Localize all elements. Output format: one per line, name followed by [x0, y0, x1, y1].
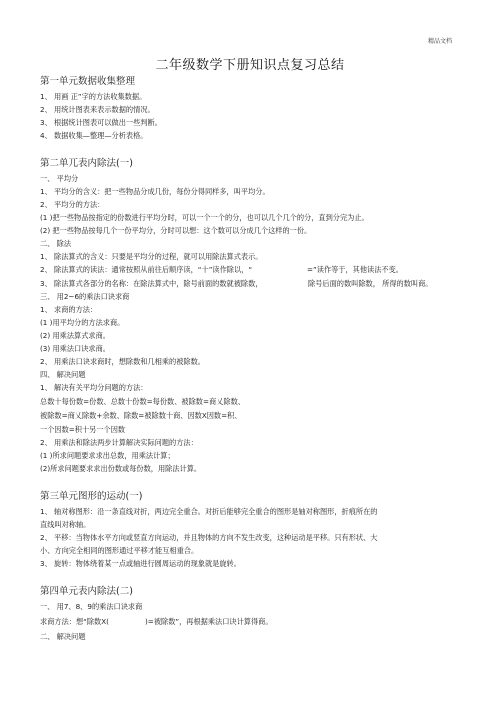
unit-2-line: 2、 用乘法和除法两步计算解决实际问题的方法： — [40, 438, 198, 447]
unit-2-heading: 第二单兀表内除法(一) — [40, 158, 133, 169]
unit-2-line: 三、 用2~6的乘法口诀求商 — [40, 292, 129, 301]
unit-1-line: 3、 根据统计图表可以做出一些判断。 — [40, 118, 162, 127]
unit-2-line: 被除数=商乂除数+余数、除数=被除数十商、因数X因数=积、 — [40, 411, 242, 420]
unit-3-line: 3、 旋转：物体绕着某一点或轴进行圆周运动的现象就是旋转。 — [40, 559, 241, 568]
unit-2-line: 2、 用乘法口诀求商时，想除数和几相乘的被除数。 — [40, 357, 205, 366]
unit-2-line: 四、 解决问题 — [40, 370, 85, 379]
corner-label: 精品文档 — [428, 36, 452, 45]
unit-2-line: 1、 平均分的含义：把一些物品分成几份，每份分得同样多，叫平均分。 — [40, 187, 270, 196]
unit-2-line: 1、 解决有关平均分问题的方法： — [40, 383, 147, 392]
unit-2-line: 总数十每份数=份数、总数十份数=每份数、被除数=商乂除数、 — [40, 397, 245, 406]
unit-3-heading: 第三单元图形的运动(一) — [40, 491, 142, 502]
unit-2-line: (3) 用乘法口诀求商。 — [40, 344, 110, 353]
unit-1-heading: 第一单元数据收集整理 — [40, 76, 135, 87]
unit-2-line: =”读作等于，其他读法不变。 — [307, 265, 403, 274]
unit-2-line: (1 )把一些物品按指定的份数进行平均分时，可以一个一个的分，也可以几个几个的分… — [40, 213, 369, 222]
unit-4-line: )=被除数”，再根据乘法口诀计算得商。 — [145, 617, 273, 626]
unit-3-line: 小、方向完全相同的图形通过平移才能互相重合。 — [40, 546, 198, 555]
unit-4-line: 求商方法：想“除数X( — [40, 617, 109, 626]
unit-2-line: 3、 除法算式各部分的名称：在除法算式中，除号前面的数就被除数， — [40, 279, 263, 288]
unit-1-line: 2、 用统计图表来表示数据的情况。 — [40, 105, 155, 114]
unit-2-line: (2) 把一些物品按每几个一份平均分，分时可以想：这个数可以分成几个这样的一份。 — [40, 226, 311, 235]
unit-4-heading: 第四单元表内除法(二) — [40, 586, 133, 597]
unit-1-line: 4、 数据收集—整理—分析表格。 — [40, 131, 147, 140]
unit-2-line: 一个因数=积十另一个因数 — [40, 425, 125, 434]
unit-2-line: (2)所求问题要求求出份数或每份数，用除法计算。 — [40, 464, 201, 473]
unit-3-line: 直线叫对称轴。 — [40, 520, 90, 529]
unit-2-line: 二、 除法 — [40, 239, 71, 248]
unit-3-line: 2、 平移：当物体水平方向或竖直方向运动，并且物体的方向不发生改变，这种运动是平… — [40, 533, 378, 542]
unit-2-line: (1 )所求问题要求求出总数，用乘法计算； — [40, 451, 175, 460]
unit-4-line: 一、 用7、8、9的乘法口诀求商 — [40, 602, 142, 611]
page-title: 二年级数学下册知识点复习总结 — [0, 54, 500, 73]
unit-2-line: 1、 求商的方法： — [40, 305, 97, 314]
unit-4-line: 二、 解决问题 — [40, 632, 85, 641]
unit-1-line: 1、 用画 正”字的方法收集数据。 — [40, 92, 146, 101]
unit-2-line: (1 )用平均分的方法求商。 — [40, 318, 124, 327]
unit-2-line: 一、 平均分 — [40, 174, 78, 183]
unit-2-line: 除号后面的数叫除数， 所得的数叫商。 — [308, 279, 432, 288]
unit-3-line: 1、 轴对称图形：沿一条直线对折，两边完全重合。对折后能够完全重合的图形是轴对称… — [40, 507, 378, 516]
unit-2-line: (2) 用乘法算式求商。 — [40, 331, 110, 340]
unit-2-line: 1、 除法算式的含义：只要是平均分的过程，就可以用除法算式表示。 — [40, 252, 263, 261]
unit-2-line: 2、 平均分的方法： — [40, 200, 104, 209]
unit-2-line: 2、 除法算式的读法：通常按照从前往后顺序读，“十”读作除以，“ — [40, 265, 252, 274]
